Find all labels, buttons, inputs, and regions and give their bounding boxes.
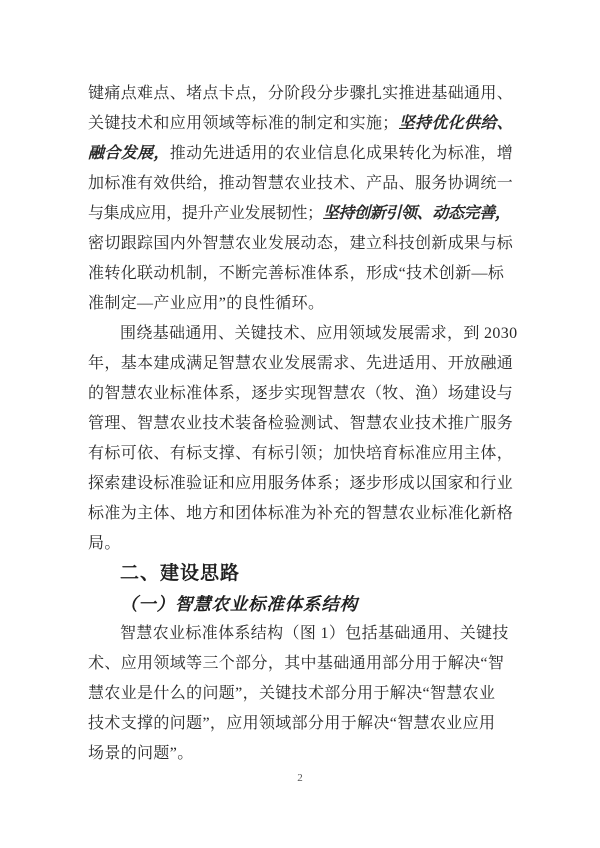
text-segment: 二、建设思路 <box>120 563 240 584</box>
text-line: 标准为主体、地方和团体标准为补充的智慧农业标准化新格 <box>88 499 514 529</box>
text-line: 有标可依、有标支撑、有标引领；加快培育标准应用主体， <box>88 439 514 469</box>
text-line: 与集成应用，提升产业发展韧性；坚持创新引领、动态完善， <box>88 199 514 229</box>
text-line: 键痛点难点、堵点卡点，分阶段分步骤扎实推进基础通用、 <box>88 79 514 109</box>
section-heading: 二、建设思路 <box>88 559 514 589</box>
text-line: 管理、智慧农业技术装备检验测试、智慧农业技术推广服务 <box>88 409 514 439</box>
text-segment: 智慧农业标准体系结构（图 1）包括基础通用、关键技 <box>120 625 509 642</box>
text-segment: 关键技术和应用领域等标准的制定和实施； <box>88 115 399 132</box>
text-line: 探索建设标准验证和应用服务体系；逐步形成以国家和行业 <box>88 469 514 499</box>
text-line: 智慧农业标准体系结构（图 1）包括基础通用、关键技 <box>88 619 514 649</box>
text-line: 慧农业是什么的问题”，关键技术部分用于解决“智慧农业 <box>88 679 514 709</box>
emphasis-text-segment: 坚持创新引领、动态完善， <box>323 205 511 222</box>
text-segment: 标准为主体、地方和团体标准为补充的智慧农业标准化新格 <box>88 505 513 522</box>
text-segment: 技术支撑的问题”，应用领域部分用于解决“智慧农业应用 <box>88 715 495 732</box>
subsection-heading: （一）智慧农业标准体系结构 <box>88 589 514 619</box>
text-segment: 加标准有效供给，推动智慧农业技术、产品、服务协调统一 <box>88 175 513 192</box>
text-line: 准转化联动机制，不断完善标准体系，形成“技术创新—标 <box>88 259 514 289</box>
text-segment: 围绕基础通用、关键技术、应用领域发展需求，到 2030 <box>120 325 517 342</box>
text-line: 场景的问题”。 <box>88 739 514 769</box>
text-segment: 探索建设标准验证和应用服务体系；逐步形成以国家和行业 <box>88 475 513 492</box>
text-line: 局。 <box>88 529 514 559</box>
text-segment: 管理、智慧农业技术装备检验测试、智慧农业技术推广服务 <box>88 415 513 432</box>
text-line: 技术支撑的问题”，应用领域部分用于解决“智慧农业应用 <box>88 709 514 739</box>
text-segment: 密切跟踪国内外智慧农业发展动态，建立科技创新成果与标 <box>88 235 513 252</box>
text-line: 加标准有效供给，推动智慧农业技术、产品、服务协调统一 <box>88 169 514 199</box>
text-segment: 与集成应用，提升产业发展韧性； <box>88 205 323 222</box>
text-line: 围绕基础通用、关键技术、应用领域发展需求，到 2030 <box>88 319 514 349</box>
text-line: 融合发展，推动先进适用的农业信息化成果转化为标准，增 <box>88 139 514 169</box>
text-segment: 推动先进适用的农业信息化成果转化为标准，增 <box>170 145 513 162</box>
text-segment: 局。 <box>88 535 121 552</box>
text-segment: 的智慧农业标准体系，逐步实现智慧农（牧、渔）场建设与 <box>88 385 513 402</box>
text-segment: 准转化联动机制，不断完善标准体系，形成“技术创新—标 <box>88 265 504 282</box>
text-segment: 准制定—产业应用”的良性循环。 <box>88 295 324 312</box>
text-segment: （一）智慧农业标准体系结构 <box>120 594 358 614</box>
text-segment: 键痛点难点、堵点卡点，分阶段分步骤扎实推进基础通用、 <box>88 85 513 102</box>
text-line: 密切跟踪国内外智慧农业发展动态，建立科技创新成果与标 <box>88 229 514 259</box>
text-line: 关键技术和应用领域等标准的制定和实施；坚持优化供给、 <box>88 109 514 139</box>
text-line: 术、应用领域等三个部分，其中基础通用部分用于解决“智 <box>88 649 514 679</box>
text-segment: 年，基本建成满足智慧农业发展需求、先进适用、开放融通 <box>88 355 513 372</box>
emphasis-text-segment: 坚持优化供给、 <box>399 115 513 132</box>
page-number: 2 <box>0 768 600 788</box>
emphasis-text-segment: 融合发展， <box>88 145 170 162</box>
text-segment: 场景的问题”。 <box>88 745 194 762</box>
text-line: 的智慧农业标准体系，逐步实现智慧农（牧、渔）场建设与 <box>88 379 514 409</box>
text-line: 准制定—产业应用”的良性循环。 <box>88 289 514 319</box>
document-page: 键痛点难点、堵点卡点，分阶段分步骤扎实推进基础通用、关键技术和应用领域等标准的制… <box>0 0 600 848</box>
document-text-block: 键痛点难点、堵点卡点，分阶段分步骤扎实推进基础通用、关键技术和应用领域等标准的制… <box>88 79 514 769</box>
text-segment: 慧农业是什么的问题”，关键技术部分用于解决“智慧农业 <box>88 685 495 702</box>
text-segment: 有标可依、有标支撑、有标引领；加快培育标准应用主体， <box>88 445 513 462</box>
text-segment: 术、应用领域等三个部分，其中基础通用部分用于解决“智 <box>88 655 504 672</box>
text-line: 年，基本建成满足智慧农业发展需求、先进适用、开放融通 <box>88 349 514 379</box>
